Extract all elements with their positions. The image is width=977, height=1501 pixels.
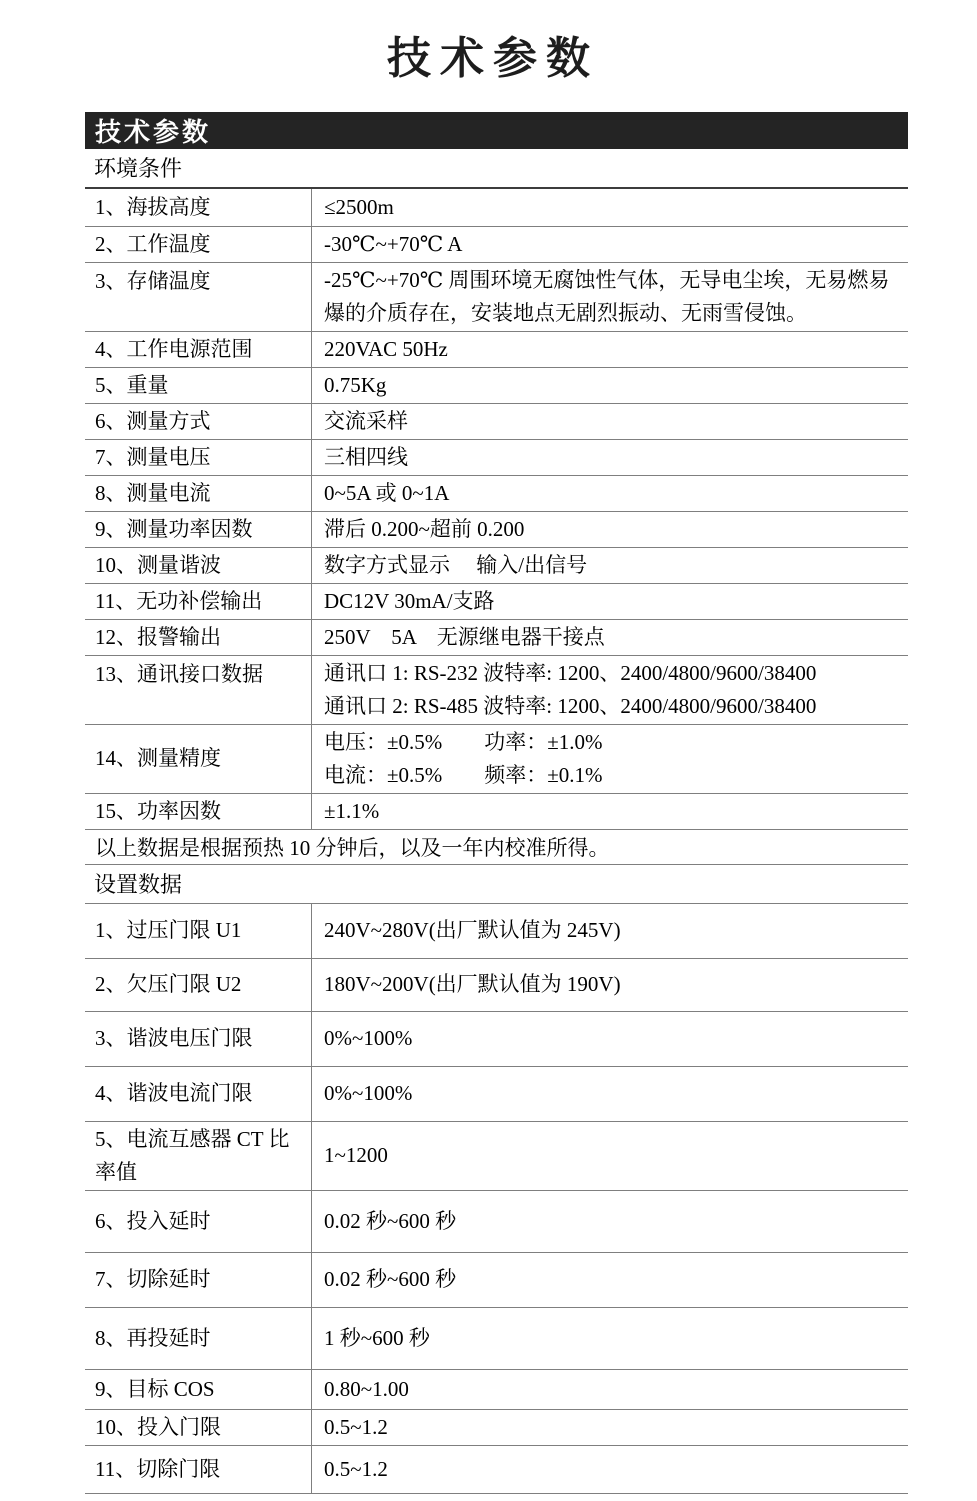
table-row: 5、重量 0.75Kg bbox=[85, 368, 908, 404]
spec-value: -30℃~+70℃ A bbox=[311, 227, 908, 262]
spec-value: 240V~280V(出厂默认值为 245V) bbox=[311, 904, 908, 958]
env-conditions-header: 环境条件 bbox=[85, 149, 908, 189]
spec-label: 6、投入延时 bbox=[85, 1191, 311, 1252]
spec-label: 3、谐波电压门限 bbox=[85, 1012, 311, 1066]
spec-label: 7、切除延时 bbox=[85, 1253, 311, 1307]
document-page: 技术参数 技术参数 环境条件 1、海拔高度 ≤2500m 2、工作温度 -30℃… bbox=[0, 0, 977, 1494]
spec-value: ≤2500m bbox=[311, 189, 908, 226]
spec-value: 220VAC 50Hz bbox=[311, 332, 908, 367]
settings-spec-table: 1、过压门限 U1 240V~280V(出厂默认值为 245V) 2、欠压门限 … bbox=[85, 904, 908, 1494]
calibration-note: 以上数据是根据预热 10 分钟后，以及一年内校准所得。 bbox=[85, 830, 908, 865]
table-row: 9、测量功率因数 滞后 0.200~超前 0.200 bbox=[85, 512, 908, 548]
table-row: 11、无功补偿输出 DC12V 30mA/支路 bbox=[85, 584, 908, 620]
table-row: 15、功率因数 ±1.1% bbox=[85, 794, 908, 830]
spec-value: 0.02 秒~600 秒 bbox=[311, 1191, 908, 1252]
content-area: 技术参数 环境条件 1、海拔高度 ≤2500m 2、工作温度 -30℃~+70℃… bbox=[85, 112, 908, 1494]
spec-label: 12、报警输出 bbox=[85, 620, 311, 655]
spec-label: 5、电流互感器 CT 比率值 bbox=[85, 1122, 311, 1190]
spec-value-line: 通讯口 1: RS-232 波特率: 1200、2400/4800/9600/3… bbox=[324, 657, 900, 690]
spec-value: 0%~100% bbox=[311, 1012, 908, 1066]
table-row: 7、测量电压 三相四线 bbox=[85, 440, 908, 476]
table-row: 8、再投延时 1 秒~600 秒 bbox=[85, 1308, 908, 1370]
spec-value: 0.80~1.00 bbox=[311, 1370, 908, 1409]
spec-value: 数字方式显示 输入/出信号 bbox=[311, 548, 908, 583]
settings-data-header: 设置数据 bbox=[85, 865, 908, 904]
spec-label: 7、测量电压 bbox=[85, 440, 311, 475]
table-row: 3、谐波电压门限 0%~100% bbox=[85, 1012, 908, 1067]
table-row: 2、欠压门限 U2 180V~200V(出厂默认值为 190V) bbox=[85, 959, 908, 1012]
page-title: 技术参数 bbox=[0, 0, 977, 85]
spec-value: DC12V 30mA/支路 bbox=[311, 584, 908, 619]
spec-label: 5、重量 bbox=[85, 368, 311, 403]
table-row: 7、切除延时 0.02 秒~600 秒 bbox=[85, 1253, 908, 1308]
spec-label: 2、欠压门限 U2 bbox=[85, 959, 311, 1011]
table-row: 13、通讯接口数据 通讯口 1: RS-232 波特率: 1200、2400/4… bbox=[85, 656, 908, 725]
spec-value: 滞后 0.200~超前 0.200 bbox=[311, 512, 908, 547]
table-row: 4、谐波电流门限 0%~100% bbox=[85, 1067, 908, 1122]
table-row: 6、测量方式 交流采样 bbox=[85, 404, 908, 440]
spec-value-line: 电压：±0.5% 功率：±1.0% bbox=[324, 726, 900, 759]
spec-label: 10、测量谐波 bbox=[85, 548, 311, 583]
spec-value: 1 秒~600 秒 bbox=[311, 1308, 908, 1369]
table-row: 1、过压门限 U1 240V~280V(出厂默认值为 245V) bbox=[85, 904, 908, 959]
spec-value: 1~1200 bbox=[311, 1122, 908, 1190]
spec-value-line: 电流：±0.5% 频率：±0.1% bbox=[324, 759, 900, 792]
spec-label: 9、测量功率因数 bbox=[85, 512, 311, 547]
spec-value: 交流采样 bbox=[311, 404, 908, 439]
table-row: 14、测量精度 电压：±0.5% 功率：±1.0%电流：±0.5% 频率：±0.… bbox=[85, 725, 908, 794]
table-row: 4、工作电源范围 220VAC 50Hz bbox=[85, 332, 908, 368]
spec-value: 250V 5A 无源继电器干接点 bbox=[311, 620, 908, 655]
table-row: 1、海拔高度 ≤2500m bbox=[85, 189, 908, 227]
spec-label: 6、测量方式 bbox=[85, 404, 311, 439]
spec-label: 8、再投延时 bbox=[85, 1308, 311, 1369]
table-row: 9、目标 COS 0.80~1.00 bbox=[85, 1370, 908, 1410]
spec-value: 180V~200V(出厂默认值为 190V) bbox=[311, 959, 908, 1011]
spec-label: 14、测量精度 bbox=[85, 725, 311, 793]
spec-value-line: 通讯口 2: RS-485 波特率: 1200、2400/4800/9600/3… bbox=[324, 690, 900, 723]
table-row: 11、切除门限 0.5~1.2 bbox=[85, 1446, 908, 1494]
spec-value: 0.75Kg bbox=[311, 368, 908, 403]
section-header-bar-label: 技术参数 bbox=[95, 112, 211, 149]
spec-label: 4、工作电源范围 bbox=[85, 332, 311, 367]
table-row: 10、测量谐波 数字方式显示 输入/出信号 bbox=[85, 548, 908, 584]
spec-label: 4、谐波电流门限 bbox=[85, 1067, 311, 1121]
spec-label: 1、海拔高度 bbox=[85, 189, 311, 226]
spec-value: ±1.1% bbox=[311, 794, 908, 829]
spec-label: 8、测量电流 bbox=[85, 476, 311, 511]
table-row: 3、存储温度 -25℃~+70℃ 周围环境无腐蚀性气体，无导电尘埃，无易燃易爆的… bbox=[85, 263, 908, 332]
spec-label: 15、功率因数 bbox=[85, 794, 311, 829]
spec-label: 2、工作温度 bbox=[85, 227, 311, 262]
section-header-bar: 技术参数 bbox=[85, 112, 908, 149]
spec-label: 1、过压门限 U1 bbox=[85, 904, 311, 958]
spec-value: 0%~100% bbox=[311, 1067, 908, 1121]
table-row: 12、报警输出 250V 5A 无源继电器干接点 bbox=[85, 620, 908, 656]
env-spec-table: 1、海拔高度 ≤2500m 2、工作温度 -30℃~+70℃ A 3、存储温度 … bbox=[85, 189, 908, 830]
spec-value: 通讯口 1: RS-232 波特率: 1200、2400/4800/9600/3… bbox=[311, 656, 908, 724]
table-row: 2、工作温度 -30℃~+70℃ A bbox=[85, 227, 908, 263]
table-row: 8、测量电流 0~5A 或 0~1A bbox=[85, 476, 908, 512]
spec-label: 11、切除门限 bbox=[85, 1446, 311, 1493]
table-row: 5、电流互感器 CT 比率值 1~1200 bbox=[85, 1122, 908, 1191]
spec-label: 11、无功补偿输出 bbox=[85, 584, 311, 619]
spec-label: 10、投入门限 bbox=[85, 1410, 311, 1445]
spec-value: 0~5A 或 0~1A bbox=[311, 476, 908, 511]
spec-label: 9、目标 COS bbox=[85, 1370, 311, 1409]
spec-value: -25℃~+70℃ 周围环境无腐蚀性气体，无导电尘埃，无易燃易爆的介质存在，安装… bbox=[311, 263, 908, 331]
table-row: 10、投入门限 0.5~1.2 bbox=[85, 1410, 908, 1446]
table-row: 6、投入延时 0.02 秒~600 秒 bbox=[85, 1191, 908, 1253]
spec-label: 13、通讯接口数据 bbox=[85, 656, 311, 724]
spec-value: 0.5~1.2 bbox=[311, 1446, 908, 1493]
spec-value: 电压：±0.5% 功率：±1.0%电流：±0.5% 频率：±0.1% bbox=[311, 725, 908, 793]
spec-value: 0.02 秒~600 秒 bbox=[311, 1253, 908, 1307]
spec-value: 三相四线 bbox=[311, 440, 908, 475]
spec-label: 3、存储温度 bbox=[85, 263, 311, 331]
spec-value: 0.5~1.2 bbox=[311, 1410, 908, 1445]
